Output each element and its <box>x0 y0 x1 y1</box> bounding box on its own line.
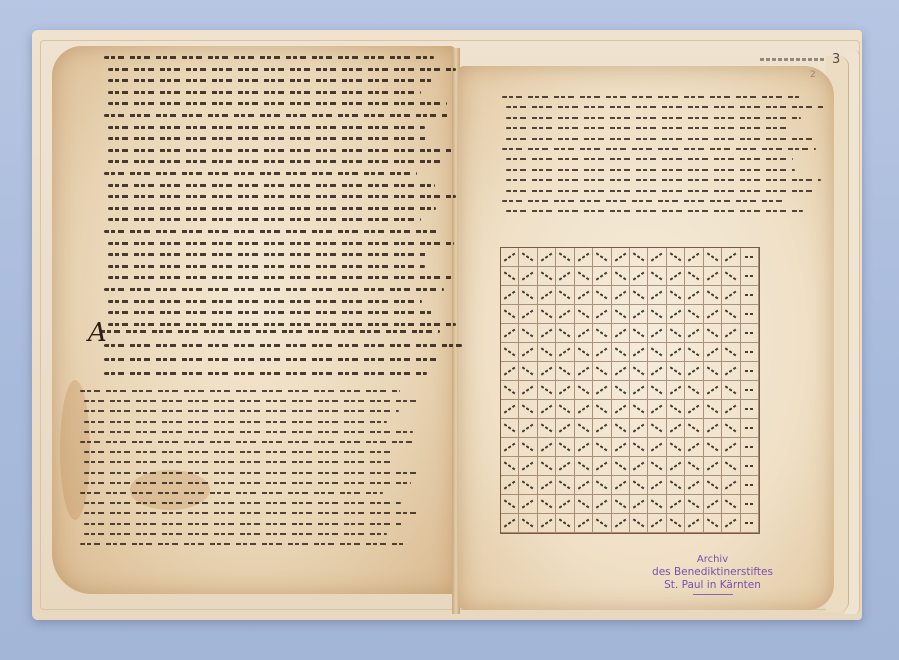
archive-stamp: Archiv des Benediktinerstiftes St. Paul … <box>640 553 785 595</box>
table-cell <box>519 267 537 286</box>
table-cell <box>648 438 666 457</box>
table-cell <box>612 419 630 438</box>
table-cell <box>556 305 574 324</box>
stamp-rule <box>693 594 733 595</box>
table-cell <box>519 343 537 362</box>
table-cell <box>519 514 537 533</box>
table-cell <box>593 324 611 343</box>
table-cell <box>722 248 740 267</box>
table-number-cell <box>741 343 759 362</box>
table-cell <box>722 305 740 324</box>
table-cell <box>519 400 537 419</box>
table-cell <box>685 514 703 533</box>
table-cell <box>667 267 685 286</box>
table-cell <box>556 514 574 533</box>
table-cell <box>593 438 611 457</box>
table-cell <box>722 476 740 495</box>
table-cell <box>722 457 740 476</box>
table-cell <box>556 457 574 476</box>
script-line <box>104 372 427 375</box>
script-line <box>104 358 439 361</box>
table-cell <box>722 400 740 419</box>
table-cell <box>612 286 630 305</box>
table-cell <box>648 324 666 343</box>
table-cell <box>685 305 703 324</box>
script-line <box>108 218 421 221</box>
table-cell <box>667 400 685 419</box>
table-number-cell <box>741 286 759 305</box>
script-line <box>108 323 456 326</box>
table-cell <box>538 400 556 419</box>
script-line <box>84 472 419 474</box>
script-line <box>104 172 417 175</box>
table-cell <box>667 362 685 381</box>
script-line <box>108 195 456 198</box>
script-line <box>84 451 391 453</box>
table-cell <box>722 324 740 343</box>
table-number-cell <box>741 324 759 343</box>
table-cell <box>612 267 630 286</box>
table-number-cell <box>741 400 759 419</box>
script-line <box>108 300 422 303</box>
table-cell <box>722 381 740 400</box>
table-cell <box>501 286 519 305</box>
table-cell <box>501 495 519 514</box>
table-cell <box>648 286 666 305</box>
table-cell <box>575 362 593 381</box>
table-cell <box>685 324 703 343</box>
table-cell <box>575 305 593 324</box>
script-line <box>80 390 400 392</box>
table-cell <box>519 362 537 381</box>
table-cell <box>501 419 519 438</box>
table-cell <box>630 457 648 476</box>
table-cell <box>704 419 722 438</box>
table-cell <box>630 476 648 495</box>
table-cell <box>538 362 556 381</box>
table-cell <box>685 438 703 457</box>
script-line <box>84 502 401 504</box>
table-cell <box>685 267 703 286</box>
script-line <box>506 127 789 129</box>
table-cell <box>519 305 537 324</box>
table-cell <box>648 495 666 514</box>
table-cell <box>556 286 574 305</box>
script-line <box>506 169 795 171</box>
table-cell <box>519 495 537 514</box>
table-cell <box>722 362 740 381</box>
table-cell <box>612 362 630 381</box>
script-line <box>108 160 445 163</box>
script-line <box>84 400 422 402</box>
script-line <box>108 184 435 187</box>
table-cell <box>612 324 630 343</box>
inner-leaf-number: 2 <box>810 70 816 80</box>
table-cell <box>630 495 648 514</box>
table-cell <box>612 248 630 267</box>
table-cell <box>593 514 611 533</box>
table-cell <box>667 305 685 324</box>
table-cell <box>575 419 593 438</box>
table-cell <box>538 514 556 533</box>
script-line <box>80 543 406 545</box>
table-cell <box>648 476 666 495</box>
table-cell <box>575 476 593 495</box>
table-cell <box>685 362 703 381</box>
folio-number: 3 <box>832 52 840 67</box>
table-cell <box>538 476 556 495</box>
script-line <box>104 56 434 59</box>
table-cell <box>704 495 722 514</box>
table-cell <box>593 476 611 495</box>
table-cell <box>556 400 574 419</box>
table-cell <box>556 267 574 286</box>
table-cell <box>722 286 740 305</box>
table-cell <box>704 362 722 381</box>
table-cell <box>704 267 722 286</box>
table-cell <box>630 324 648 343</box>
table-cell <box>575 495 593 514</box>
table-cell <box>519 419 537 438</box>
table-cell <box>519 476 537 495</box>
script-line <box>84 523 402 525</box>
table-cell <box>704 248 722 267</box>
table-cell <box>538 438 556 457</box>
table-cell <box>538 343 556 362</box>
table-cell <box>648 457 666 476</box>
table-cell <box>612 400 630 419</box>
table-cell <box>667 248 685 267</box>
table-cell <box>538 381 556 400</box>
script-line <box>502 96 802 98</box>
table-cell <box>538 305 556 324</box>
table-cell <box>722 438 740 457</box>
table-cell <box>685 248 703 267</box>
table-number-cell <box>741 476 759 495</box>
table-cell <box>648 400 666 419</box>
table-cell <box>575 267 593 286</box>
table-cell <box>630 267 648 286</box>
table-cell <box>667 476 685 495</box>
table-cell <box>501 362 519 381</box>
table-cell <box>575 286 593 305</box>
table-cell <box>630 419 648 438</box>
table-number-cell <box>741 495 759 514</box>
table-cell <box>612 514 630 533</box>
table-cell <box>612 476 630 495</box>
table-cell <box>556 495 574 514</box>
table-cell <box>519 324 537 343</box>
table-cell <box>501 438 519 457</box>
table-cell <box>630 438 648 457</box>
table-cell <box>704 381 722 400</box>
table-cell <box>630 248 648 267</box>
script-line <box>80 441 414 443</box>
table-cell <box>630 400 648 419</box>
table-cell <box>648 248 666 267</box>
shelfmark-annotation <box>760 58 824 61</box>
table-cell <box>612 457 630 476</box>
table-cell <box>704 476 722 495</box>
table-cell <box>704 305 722 324</box>
table-cell <box>501 343 519 362</box>
table-number-cell <box>741 362 759 381</box>
table-cell <box>593 457 611 476</box>
table-cell <box>648 381 666 400</box>
table-cell <box>667 381 685 400</box>
table-number-cell <box>741 305 759 324</box>
table-cell <box>704 438 722 457</box>
table-cell <box>556 248 574 267</box>
table-cell <box>685 381 703 400</box>
stamp-line-2: des Benediktinerstiftes <box>640 566 785 579</box>
stamp-line-3: St. Paul in Kärnten <box>640 579 785 592</box>
table-cell <box>575 381 593 400</box>
table-cell <box>648 343 666 362</box>
table-cell <box>501 381 519 400</box>
script-line <box>108 79 433 82</box>
table-cell <box>575 400 593 419</box>
script-line <box>108 91 421 94</box>
table-cell <box>685 419 703 438</box>
table-cell <box>704 457 722 476</box>
table-cell <box>630 343 648 362</box>
script-line <box>84 533 387 535</box>
table-cell <box>630 362 648 381</box>
table-cell <box>501 324 519 343</box>
table-cell <box>630 514 648 533</box>
table-cell <box>630 381 648 400</box>
script-line <box>108 137 427 140</box>
table-cell <box>538 248 556 267</box>
script-line <box>502 148 816 150</box>
table-cell <box>667 286 685 305</box>
table-cell <box>575 343 593 362</box>
table-cell <box>704 286 722 305</box>
table-cell <box>575 514 593 533</box>
table-cell <box>667 438 685 457</box>
table-cell <box>593 305 611 324</box>
table-cell <box>667 457 685 476</box>
table-cell <box>648 514 666 533</box>
script-line <box>502 200 785 202</box>
table-cell <box>630 305 648 324</box>
script-line <box>104 230 440 233</box>
table-cell <box>722 267 740 286</box>
table-cell <box>685 400 703 419</box>
table-cell <box>538 267 556 286</box>
table-cell <box>556 343 574 362</box>
decorated-initial: A <box>88 318 107 348</box>
script-line <box>506 190 813 192</box>
script-line <box>506 179 821 181</box>
table-cell <box>685 457 703 476</box>
table-cell <box>612 381 630 400</box>
table-cell <box>667 514 685 533</box>
table-cell <box>501 248 519 267</box>
table-cell <box>685 286 703 305</box>
script-line <box>84 482 411 484</box>
table-cell <box>501 476 519 495</box>
table-cell <box>575 248 593 267</box>
table-cell <box>612 305 630 324</box>
table-cell <box>501 267 519 286</box>
table-cell <box>704 400 722 419</box>
table-cell <box>685 476 703 495</box>
table-cell <box>575 438 593 457</box>
table-cell <box>704 343 722 362</box>
table-cell <box>556 324 574 343</box>
table-cell <box>722 419 740 438</box>
table-cell <box>593 248 611 267</box>
script-line <box>100 330 440 333</box>
table-number-cell <box>741 267 759 286</box>
table-cell <box>612 438 630 457</box>
table-cell <box>538 324 556 343</box>
table-cell <box>648 305 666 324</box>
script-line <box>108 126 425 129</box>
table-cell <box>593 267 611 286</box>
table-cell <box>501 514 519 533</box>
script-line <box>506 117 801 119</box>
script-line <box>104 344 462 347</box>
script-line <box>108 149 453 152</box>
table-cell <box>519 286 537 305</box>
script-line <box>108 253 427 256</box>
table-cell <box>593 286 611 305</box>
table-cell <box>593 419 611 438</box>
table-cell <box>722 343 740 362</box>
table-number-cell <box>741 381 759 400</box>
table-cell <box>556 381 574 400</box>
table-cell <box>593 362 611 381</box>
script-line <box>506 138 815 140</box>
table-cell <box>704 514 722 533</box>
table-number-cell <box>741 457 759 476</box>
table-cell <box>630 286 648 305</box>
table-cell <box>648 267 666 286</box>
table-cell <box>648 362 666 381</box>
table-number-cell <box>741 438 759 457</box>
script-line <box>108 207 436 210</box>
table-cell <box>538 286 556 305</box>
table-cell <box>575 324 593 343</box>
table-cell <box>685 495 703 514</box>
table-cell <box>575 457 593 476</box>
table-cell <box>519 248 537 267</box>
table-cell <box>722 495 740 514</box>
table-cell <box>667 324 685 343</box>
table-number-cell <box>741 514 759 533</box>
table-cell <box>538 495 556 514</box>
table-cell <box>704 324 722 343</box>
table-cell <box>538 457 556 476</box>
table-cell <box>538 419 556 438</box>
table-cell <box>648 419 666 438</box>
script-line <box>108 265 425 268</box>
table-cell <box>556 419 574 438</box>
table-cell <box>501 305 519 324</box>
table-cell <box>667 495 685 514</box>
table-cell <box>556 438 574 457</box>
script-line <box>108 68 456 71</box>
table-cell <box>556 476 574 495</box>
script-line <box>104 288 444 291</box>
table-cell <box>593 495 611 514</box>
table-cell <box>593 400 611 419</box>
script-line <box>108 102 447 105</box>
script-line <box>80 492 383 494</box>
script-line <box>108 276 452 279</box>
table-cell <box>612 343 630 362</box>
computus-table <box>500 247 760 534</box>
table-cell <box>501 400 519 419</box>
table-cell <box>612 495 630 514</box>
script-line <box>84 431 413 433</box>
table-cell <box>593 343 611 362</box>
table-cell <box>519 457 537 476</box>
table-cell <box>667 419 685 438</box>
table-cell <box>519 438 537 457</box>
table-number-cell <box>741 248 759 267</box>
table-cell <box>501 457 519 476</box>
table-cell <box>722 514 740 533</box>
script-line <box>104 114 448 117</box>
table-cell <box>519 381 537 400</box>
script-line <box>108 311 433 314</box>
table-cell <box>593 381 611 400</box>
table-number-cell <box>741 419 759 438</box>
table-cell <box>667 343 685 362</box>
stamp-line-1: Archiv <box>640 553 785 566</box>
script-line <box>84 421 387 423</box>
script-line <box>108 242 454 245</box>
table-cell <box>685 343 703 362</box>
table-cell <box>556 362 574 381</box>
